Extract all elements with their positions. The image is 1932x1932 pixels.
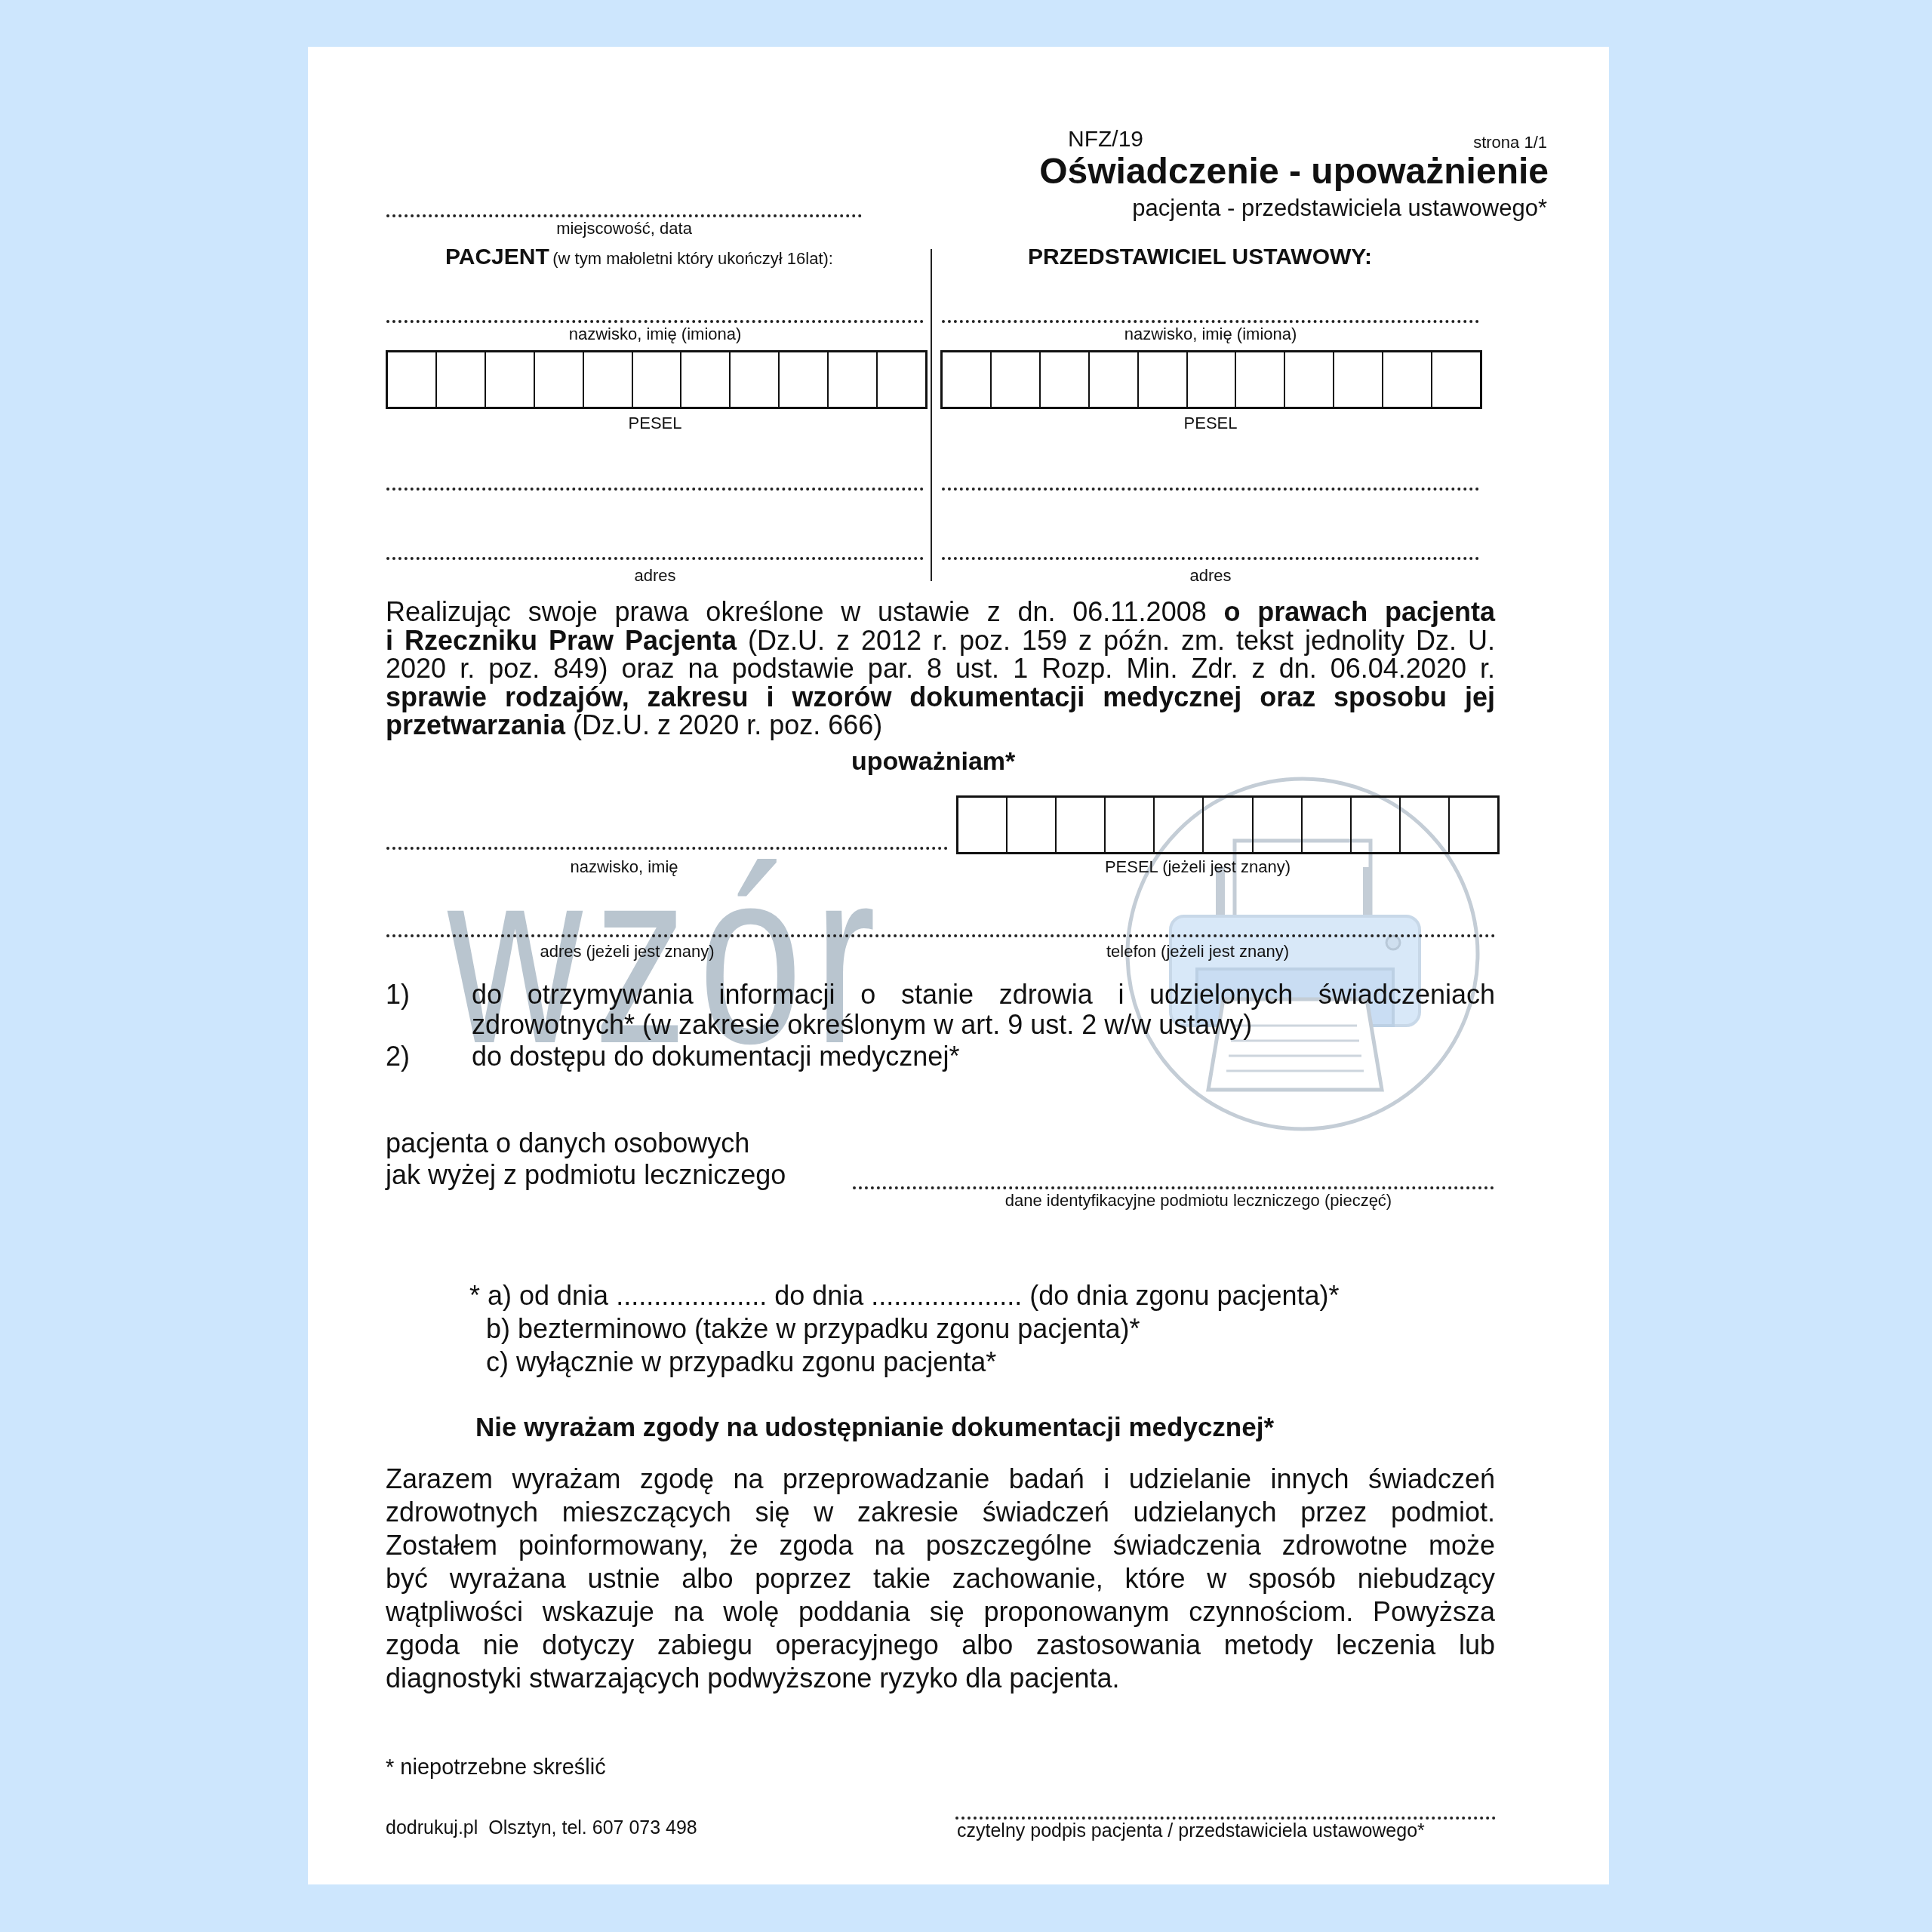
patient-name-field[interactable]	[386, 320, 924, 323]
representative-address-field-2[interactable]	[942, 557, 1479, 560]
scope-item-2: 2) do dostępu do dokumentacji medycznej*	[386, 1041, 1495, 1072]
legal-basis-paragraph: Realizując swoje prawa określone w ustaw…	[386, 598, 1495, 740]
scope-item-2-line-1: do dostępu do dokumentacji medycznej*	[472, 1041, 1495, 1072]
consent-line: zgoda nie dotyczy zabiegu operacyjnego a…	[386, 1629, 1495, 1662]
signature-caption: czytelny podpis pacjenta / przedstawicie…	[957, 1820, 1425, 1842]
representative-address-caption: adres	[942, 566, 1479, 586]
consent-line: być wyrażana ustnie albo poprzez takie z…	[386, 1562, 1495, 1595]
scope-item-1: 1) do otrzymywania informacji o stanie z…	[386, 980, 1495, 1040]
patient-pesel-caption: PESEL	[386, 414, 924, 433]
legal-line-1: Realizując swoje prawa określone w ustaw…	[386, 598, 1495, 626]
place-date-caption: miejscowość, data	[386, 219, 862, 238]
authorized-name-field[interactable]	[386, 847, 948, 850]
authorized-pesel-caption: PESEL (jeżeli jest znany)	[956, 857, 1439, 877]
legal-line-3: 2020 r. poz. 849) oraz na podstawie par.…	[386, 654, 1495, 683]
patient-pesel-field[interactable]	[386, 350, 928, 409]
legal-line-5: przetwarzania (Dz.U. z 2020 r. poz. 666)	[386, 711, 1495, 740]
scope-item-1-number: 1)	[386, 980, 410, 1010]
scope-item-2-number: 2)	[386, 1041, 410, 1072]
period-option-c[interactable]: c) wyłącznie w przypadku zgonu pacjenta*	[486, 1346, 996, 1378]
period-option-a[interactable]: * a) od dnia .................... do dni…	[469, 1280, 1340, 1312]
facility-caption: dane identyfikacyjne podmiotu leczniczeg…	[980, 1191, 1417, 1211]
form-subtitle: pacjenta - przedstawiciela ustawowego*	[1132, 195, 1547, 222]
page-info: strona 1/1	[1473, 133, 1547, 152]
representative-pesel-field[interactable]	[940, 350, 1482, 409]
authorized-address-caption: adres (jeżeli jest znany)	[386, 942, 868, 961]
place-date-field[interactable]	[386, 214, 862, 217]
authorized-name-caption: nazwisko, imię	[386, 857, 862, 877]
patient-heading-note: (w tym małoletni który ukończył 16lat):	[552, 249, 833, 268]
publisher-info: dodrukuj.pl Olsztyn, tel. 607 073 498	[386, 1817, 697, 1839]
representative-name-field[interactable]	[942, 320, 1479, 323]
consent-line: zdrowotnych mieszczących się w zakresie …	[386, 1496, 1495, 1529]
consent-line: diagnostyki stwarzających podwyższone ry…	[386, 1662, 1495, 1695]
signature-field[interactable]	[955, 1817, 1496, 1820]
consent-paragraph: Zarazem wyrażam zgodę na przeprowadzanie…	[386, 1463, 1495, 1695]
form-title: Oświadczenie - upoważnienie	[1039, 151, 1549, 192]
facility-line-1: pacjenta o danych osobowych	[386, 1128, 749, 1159]
column-divider	[931, 249, 932, 581]
refusal-statement[interactable]: Nie wyrażam zgody na udostępnianie dokum…	[475, 1413, 1274, 1443]
patient-address-field-1[interactable]	[386, 488, 924, 491]
facility-line-2: jak wyżej z podmiotu leczniczego	[386, 1159, 786, 1191]
consent-line: Zostałem poinformowany, że zgoda na posz…	[386, 1529, 1495, 1562]
representative-heading: PRZEDSTAWICIEL USTAWOWY:	[1028, 245, 1372, 270]
patient-address-caption: adres	[386, 566, 924, 586]
legal-line-4: sprawie rodzajów, zakresu i wzorów dokum…	[386, 683, 1495, 712]
representative-pesel-caption: PESEL	[942, 414, 1479, 433]
authorized-address-phone-field[interactable]	[386, 934, 1496, 937]
facility-field[interactable]	[853, 1186, 1494, 1189]
scope-item-1-line-2: zdrowotnych* (w zakresie określonym w ar…	[472, 1010, 1495, 1040]
representative-name-caption: nazwisko, imię (imiona)	[942, 325, 1479, 344]
scope-item-1-line-1: do otrzymywania informacji o stanie zdro…	[472, 980, 1495, 1010]
form-code: NFZ/19	[1068, 127, 1143, 152]
patient-address-field-2[interactable]	[386, 557, 924, 560]
authorized-phone-caption: telefon (jeżeli jest znany)	[956, 942, 1439, 961]
legal-line-2: i Rzeczniku Praw Pacjenta (Dz.U. z 2012 …	[386, 626, 1495, 655]
authorize-heading: upoważniam*	[851, 747, 1015, 777]
consent-line: wątpliwości wskazuje na wolę poddania si…	[386, 1595, 1495, 1629]
period-option-b[interactable]: b) bezterminowo (także w przypadku zgonu…	[486, 1313, 1140, 1345]
patient-name-caption: nazwisko, imię (imiona)	[386, 325, 924, 344]
representative-address-field-1[interactable]	[942, 488, 1479, 491]
consent-line: Zarazem wyrażam zgodę na przeprowadzanie…	[386, 1463, 1495, 1496]
authorized-pesel-field[interactable]	[956, 795, 1500, 854]
patient-heading: PACJENT (w tym małoletni który ukończył …	[445, 245, 833, 270]
patient-heading-label: PACJENT	[445, 245, 549, 269]
footnote: * niepotrzebne skreślić	[386, 1755, 606, 1780]
form-page: wzór NFZ/19 strona 1/1 Oświadczenie - up…	[308, 47, 1609, 1884]
